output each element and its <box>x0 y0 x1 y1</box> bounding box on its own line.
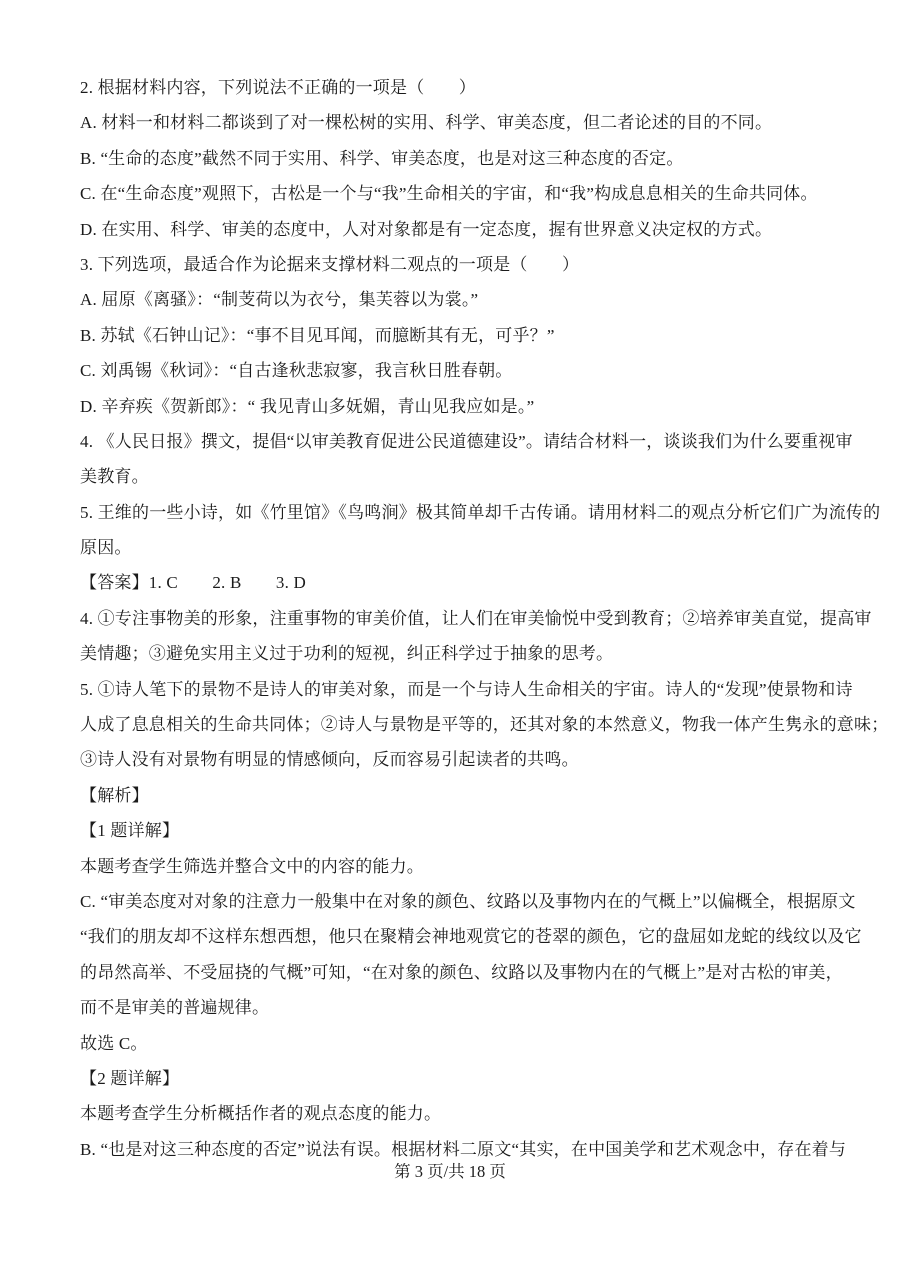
text-line: A. 屈原《离骚》：“制芰荷以为衣兮，集芙蓉以为裳。” <box>80 282 878 317</box>
text-line: 5. ①诗人笔下的景物不是诗人的审美对象，而是一个与诗人生命相关的宇宙。诗人的“… <box>80 672 878 707</box>
text-line: C. 刘禹锡《秋词》：“自古逢秋悲寂寥，我言秋日胜春朝。 <box>80 353 878 388</box>
document-body: 2. 根据材料内容，下列说法不正确的一项是（ ）A. 材料一和材料二都谈到了对一… <box>80 70 878 1167</box>
text-line: 而不是审美的普遍规律。 <box>80 990 878 1025</box>
text-line: C. “审美态度对对象的注意力一般集中在对象的颜色、纹路以及事物内在的气概上”以… <box>80 884 878 919</box>
text-line: D. 辛弃疾《贺新郎》：“ 我见青山多妩媚，青山见我应如是。” <box>80 389 878 424</box>
text-line: ③诗人没有对景物有明显的情感倾向，反而容易引起读者的共鸣。 <box>80 742 878 777</box>
text-line: 本题考查学生筛选并整合文中的内容的能力。 <box>80 849 878 884</box>
text-line: 【1 题详解】 <box>80 813 878 848</box>
text-line: 【2 题详解】 <box>80 1061 878 1096</box>
text-line: B. “生命的态度”截然不同于实用、科学、审美态度，也是对这三种态度的否定。 <box>80 141 878 176</box>
text-line: 美情趣；③避免实用主义过于功利的短视，纠正科学过于抽象的思考。 <box>80 636 878 671</box>
section-question-3: 3. 下列选项，最适合作为论据来支撑材料二观点的一项是（ ）A. 屈原《离骚》：… <box>80 247 878 424</box>
document-page: 2. 根据材料内容，下列说法不正确的一项是（ ）A. 材料一和材料二都谈到了对一… <box>0 0 900 1273</box>
text-line: 【答案】1. C 2. B 3. D <box>80 565 878 600</box>
text-line: 美教育。 <box>80 459 878 494</box>
section-answers: 【答案】1. C 2. B 3. D4. ①专注事物美的形象，注重事物的审美价值… <box>80 565 878 777</box>
text-line: D. 在实用、科学、审美的态度中，人对对象都是有一定态度，握有世界意义决定权的方… <box>80 212 878 247</box>
page-number: 第 3 页/共 18 页 <box>394 1162 506 1181</box>
text-line: 4. 《人民日报》撰文，提倡“以审美教育促进公民道德建设”。请结合材料一，谈谈我… <box>80 424 878 459</box>
text-line: 原因。 <box>80 530 878 565</box>
section-question-2: 2. 根据材料内容，下列说法不正确的一项是（ ）A. 材料一和材料二都谈到了对一… <box>80 70 878 247</box>
text-line: 3. 下列选项，最适合作为论据来支撑材料二观点的一项是（ ） <box>80 247 878 282</box>
page-footer: 第 3 页/共 18 页 <box>0 1161 900 1183</box>
text-line: 本题考查学生分析概括作者的观点态度的能力。 <box>80 1096 878 1131</box>
text-line: 5. 王维的一些小诗，如《竹里馆》《鸟鸣涧》极其简单却千古传诵。请用材料二的观点… <box>80 495 878 530</box>
text-line: 故选 C。 <box>80 1026 878 1061</box>
text-line: B. 苏轼《石钟山记》：“事不目见耳闻，而臆断其有无，可乎？” <box>80 318 878 353</box>
text-line: C. 在“生命态度”观照下，古松是一个与“我”生命相关的宇宙，和“我”构成息息相… <box>80 176 878 211</box>
text-line: “我们的朋友却不这样东想西想，他只在聚精会神地观赏它的苍翠的颜色，它的盘屈如龙蛇… <box>80 919 878 954</box>
text-line: 4. ①专注事物美的形象，注重事物的审美价值，让人们在审美愉悦中受到教育；②培养… <box>80 601 878 636</box>
section-question-5: 5. 王维的一些小诗，如《竹里馆》《鸟鸣涧》极其简单却千古传诵。请用材料二的观点… <box>80 495 878 566</box>
section-analysis: 【解析】【1 题详解】本题考查学生筛选并整合文中的内容的能力。C. “审美态度对… <box>80 778 878 1167</box>
text-line: A. 材料一和材料二都谈到了对一棵松树的实用、科学、审美态度，但二者论述的目的不… <box>80 105 878 140</box>
text-line: 人成了息息相关的生命共同体；②诗人与景物是平等的，还其对象的本然意义，物我一体产… <box>80 707 878 742</box>
section-question-4: 4. 《人民日报》撰文，提倡“以审美教育促进公民道德建设”。请结合材料一，谈谈我… <box>80 424 878 495</box>
text-line: 的昂然高举、不受屈挠的气概”可知，“在对象的颜色、纹路以及事物内在的气概上”是对… <box>80 955 878 990</box>
text-line: 2. 根据材料内容，下列说法不正确的一项是（ ） <box>80 70 878 105</box>
text-line: 【解析】 <box>80 778 878 813</box>
